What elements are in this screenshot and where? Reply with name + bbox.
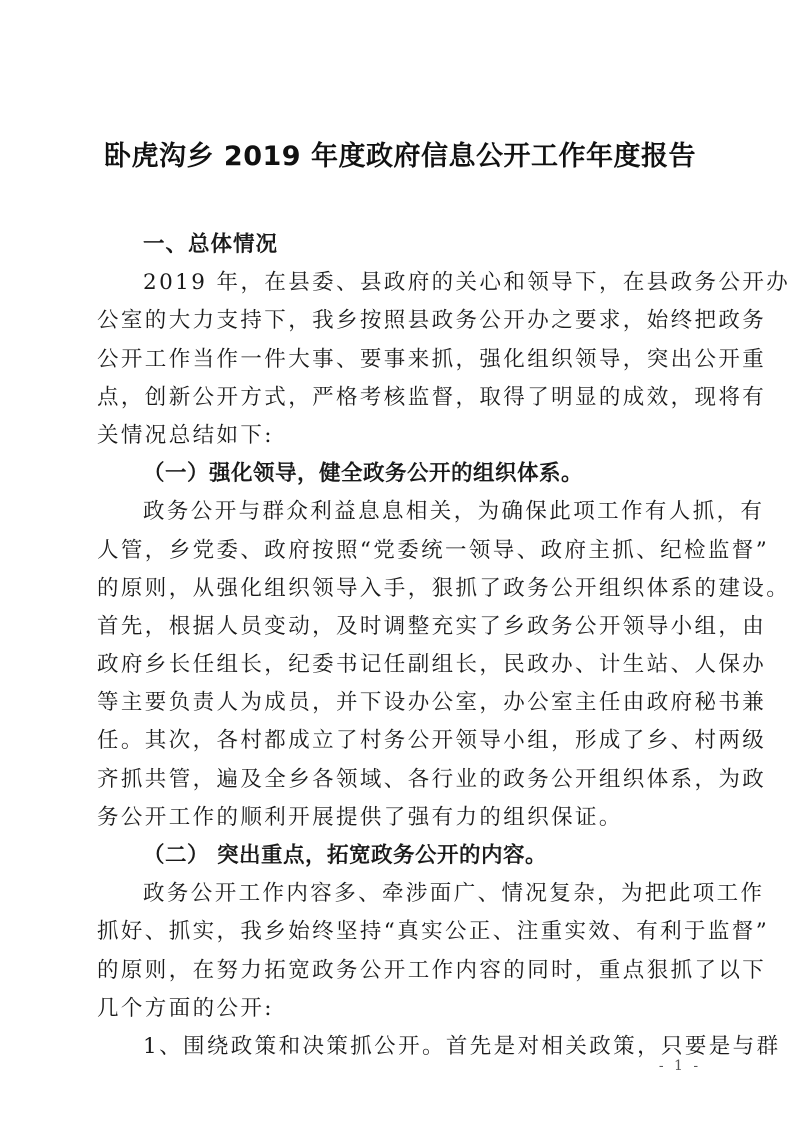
paragraph-line: 几个方面的公开:	[97, 990, 707, 1028]
paragraph-line: 关情况总结如下:	[97, 417, 707, 455]
paragraph-line: 首先，根据人员变动，及时调整充实了乡政务公开领导小组，由	[97, 608, 707, 646]
paragraph-line: 公开工作当作一件大事、要事来抓，强化组织领导，突出公开重	[97, 341, 707, 379]
paragraph-line: 抓好、抓实，我乡始终坚持“真实公正、注重实效、有利于监督”	[97, 913, 707, 951]
subsection-heading-1: （一）强化领导，健全政务公开的组织体系。	[97, 455, 707, 493]
document-title: 卧虎沟乡 2019 年度政府信息公开工作年度报告	[0, 134, 800, 173]
document-body: 一、总体情况 2019 年，在县委、县政府的关心和领导下，在县政务公开办 公室的…	[97, 226, 707, 1066]
section-heading-overview: 一、总体情况	[97, 226, 707, 264]
paragraph-line: 2019 年，在县委、县政府的关心和领导下，在县政务公开办	[97, 264, 707, 302]
paragraph-line: 人管，乡党委、政府按照“党委统一领导、政府主抓、纪检监督”	[97, 532, 707, 570]
paragraph-line: 的原则，在努力拓宽政务公开工作内容的同时，重点狠抓了以下	[97, 952, 707, 990]
paragraph-line: 政务公开与群众利益息息相关，为确保此项工作有人抓，有	[97, 493, 707, 531]
paragraph-line: 政务公开工作内容多、牵涉面广、情况复杂，为把此项工作	[97, 875, 707, 913]
subsection-heading-2: （二） 突出重点，拓宽政务公开的内容。	[97, 837, 707, 875]
page-number: - 1 -	[650, 1058, 710, 1074]
paragraph-line: 等主要负责人为成员，并下设办公室，办公室主任由政府秘书兼	[97, 684, 707, 722]
paragraph-line: 任。其次，各村都成立了村务公开领导小组，形成了乡、村两级	[97, 722, 707, 760]
paragraph-line: 务公开工作的顺利开展提供了强有力的组织保证。	[97, 799, 707, 837]
paragraph-line: 公室的大力支持下，我乡按照县政务公开办之要求，始终把政务	[97, 302, 707, 340]
paragraph-line: 政府乡长任组长，纪委书记任副组长，民政办、计生站、人保办	[97, 646, 707, 684]
paragraph-line: 的原则，从强化组织领导入手，狠抓了政务公开组织体系的建设。	[97, 570, 707, 608]
paragraph-line: 点，创新公开方式，严格考核监督，取得了明显的成效，现将有	[97, 379, 707, 417]
paragraph-line: 齐抓共管，遍及全乡各领域、各行业的政务公开组织体系，为政	[97, 761, 707, 799]
paragraph-line: 1、围绕政策和决策抓公开。首先是对相关政策，只要是与群	[97, 1028, 707, 1066]
